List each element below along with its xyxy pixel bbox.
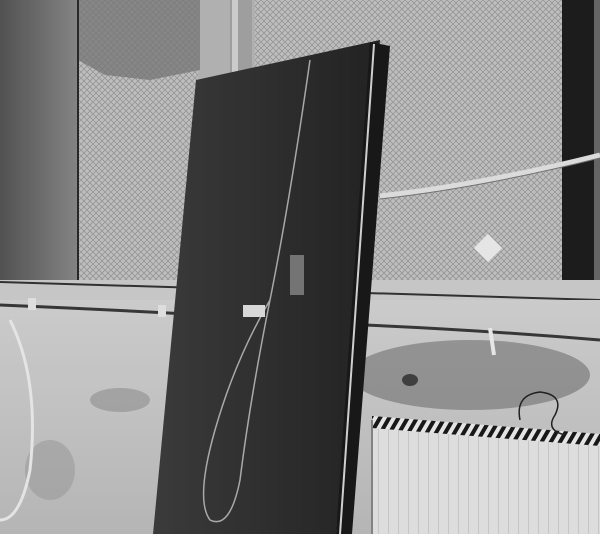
photograph [0, 0, 600, 534]
photo-scene [0, 0, 600, 534]
